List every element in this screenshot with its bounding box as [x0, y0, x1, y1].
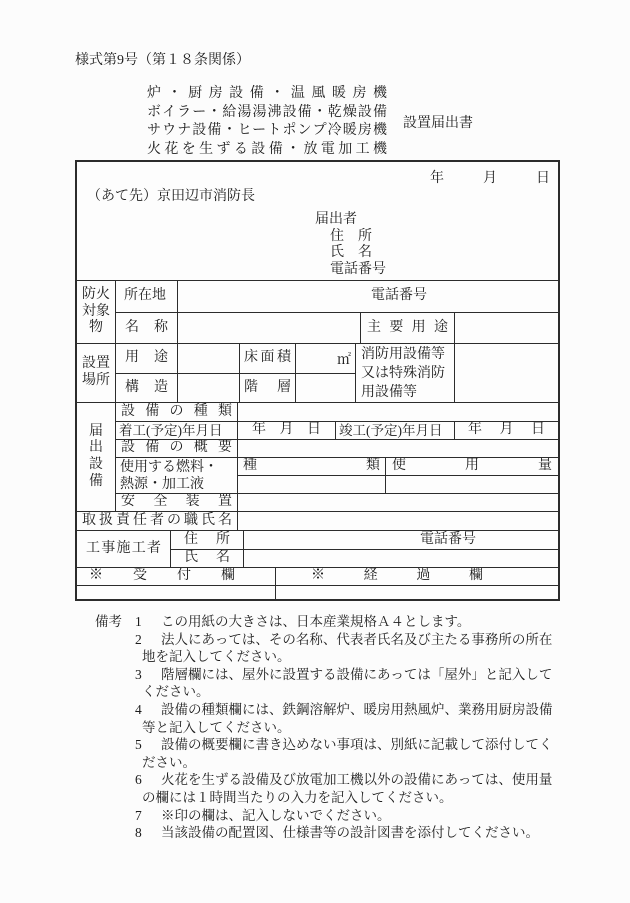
document-title: 設置届出書 — [403, 112, 473, 132]
main-use-label: 主要用途 — [360, 312, 454, 343]
remark-item: 2法人にあっては、その名称、代表者氏名及び主たる事務所の所在地を記入してください… — [135, 631, 555, 666]
remark-text: 階層欄には、屋外に設置する設備にあっては「屋外」と記入してください。 — [142, 667, 552, 700]
fire-equipment-label: 消防用設備等 又は特殊消防 用設備等 — [355, 344, 454, 402]
equipment-type-line: サウナ設備・ヒートポンプ冷暖房機 — [147, 122, 387, 141]
progress-column-label: ※経過欄 — [275, 568, 558, 585]
progress-value-cell — [275, 585, 558, 599]
floor-area-label: 床面積 — [239, 344, 295, 373]
fuel-amount-header: 使 用 量 — [385, 457, 558, 475]
floor-level-value-cell — [295, 373, 355, 402]
safety-device-value-cell — [237, 493, 558, 511]
remark-item: 6火花を生ずる設備及び放電加工機以外の設備にあっては、使用量の欄には１時間当たり… — [135, 771, 555, 806]
reception-column-label: ※受付欄 — [77, 568, 275, 585]
contractor-section: 工事施工者 住所 電話番号 氏名 — [77, 530, 558, 567]
fire-object-location-value-cell: 電話番号 — [177, 281, 558, 312]
completion-date-label: 竣工(予定)年月日 — [335, 421, 454, 439]
equipment-group-label: 届 出 設 備 — [77, 403, 115, 511]
remark-number: 2 — [135, 631, 161, 649]
remark-item: 8当該設備の配置図、仕様書等の設計図書を添付してください。 — [135, 824, 555, 842]
structure-label: 構造 — [115, 373, 177, 402]
fire-object-name-value-cell — [177, 312, 360, 343]
remark-number: 5 — [135, 736, 161, 754]
applicant-label: 届出者 — [315, 212, 386, 229]
remark-text: 設備の概要欄に書き込めない事項は、別紙に記載して添付してください。 — [142, 737, 553, 770]
equipment-type-line: 火花を生ずる設備・放電加工機 — [147, 141, 387, 160]
reception-value-cell — [77, 585, 275, 599]
office-use-section: ※受付欄 ※経過欄 — [77, 567, 558, 599]
remark-number: 8 — [135, 824, 161, 842]
addressee: （あて先）京田辺市消防長 — [87, 185, 255, 205]
remark-text: この用紙の大きさは、日本産業規格Ａ４とします。 — [161, 614, 470, 629]
remark-text: ※印の欄は、記入しないでください。 — [161, 808, 391, 823]
equipment-type-list: 炉・厨房設備・温風暖房機 ボイラー・給湯湯沸設備・乾燥設備 サウナ設備・ヒートポ… — [147, 85, 387, 159]
fire-equipment-value-cell — [454, 344, 558, 402]
fire-object-section: 防火 対象 物 所在地 電話番号 名称 主要用途 — [77, 280, 558, 343]
fuel-type-value-cell — [237, 475, 385, 493]
safety-device-label: 安全装置 — [115, 493, 237, 511]
notified-equipment-section: 届 出 設 備 設備の種類 着工(予定)年月日 年 月 日 竣工(予定)年月日 … — [77, 402, 558, 511]
remarks-label: 備考 — [95, 613, 135, 842]
fire-object-name-label: 名称 — [115, 312, 177, 343]
contractor-label: 工事施工者 — [77, 531, 170, 567]
contractor-address-value-cell: 電話番号 — [243, 531, 558, 549]
remark-number: 3 — [135, 666, 161, 684]
site-group-label: 設置 場所 — [77, 344, 115, 402]
site-use-label: 用途 — [115, 344, 177, 373]
remark-text: 火花を生ずる設備及び放電加工機以外の設備にあっては、使用量の欄には１時間当たりの… — [142, 772, 552, 805]
applicant-address-label: 住 所 — [330, 229, 386, 246]
date-line: 年 月 日 — [430, 167, 550, 187]
contractor-name-value-cell — [243, 549, 558, 567]
applicant-phone-label: 電話番号 — [330, 262, 386, 279]
remark-text: 当該設備の配置図、仕様書等の設計図書を添付してください。 — [161, 825, 539, 840]
equipment-type-value-cell — [237, 403, 558, 421]
fuel-label: 使用する燃料・ 熱源・加工液 — [115, 457, 237, 493]
equipment-outline-value-cell — [237, 439, 558, 457]
remarks-block: 備考 1この用紙の大きさは、日本産業規格Ａ４とします。 2法人にあっては、その名… — [95, 613, 630, 842]
form-header: 炉・厨房設備・温風暖房機 ボイラー・給湯湯沸設備・乾燥設備 サウナ設備・ヒートポ… — [147, 85, 630, 159]
remark-number: 6 — [135, 771, 161, 789]
fuel-amount-value-cell — [385, 475, 558, 493]
floor-area-value-cell: ㎡ — [295, 344, 355, 373]
main-form-table: 年 月 日 （あて先）京田辺市消防長 届出者 住 所 氏 名 電話番号 防火 対… — [75, 160, 560, 601]
form-page: 様式第9号（第１８条関係） 炉・厨房設備・温風暖房機 ボイラー・給湯湯沸設備・乾… — [0, 0, 630, 903]
form-code: 様式第9号（第１８条関係） — [75, 49, 630, 69]
applicant-block: 届出者 住 所 氏 名 電話番号 — [315, 212, 386, 278]
structure-value-cell — [177, 373, 239, 402]
main-use-value-cell — [454, 312, 558, 343]
fire-object-location-label: 所在地 — [115, 281, 177, 312]
installation-site-section: 設置 場所 用途 床面積 ㎡ 消防用設備等 又は特殊消防 用設備等 構造 階層 — [77, 343, 558, 402]
remarks-items: 1この用紙の大きさは、日本産業規格Ａ４とします。 2法人にあっては、その名称、代… — [135, 613, 555, 842]
remark-text: 法人にあっては、その名称、代表者氏名及び主たる事務所の所在地を記入してください。 — [142, 632, 552, 665]
square-meter-unit: ㎡ — [337, 349, 351, 369]
remark-item: 3階層欄には、屋外に設置する設備にあっては「屋外」と記入してください。 — [135, 666, 555, 701]
completion-date-value-cell: 年 月 日 — [454, 421, 558, 439]
remark-item: 4設備の種類欄には、鉄鋼溶解炉、暖房用熱風炉、業務用厨房設備等と記入してください… — [135, 701, 555, 736]
remark-number: 4 — [135, 701, 161, 719]
fire-object-group-label: 防火 対象 物 — [77, 281, 115, 343]
site-use-value-cell — [177, 344, 239, 373]
fire-object-phone-label: 電話番号 — [371, 288, 558, 305]
start-date-value-cell: 年 月 日 — [237, 421, 335, 439]
equipment-type-line: 炉・厨房設備・温風暖房機 — [147, 85, 387, 104]
contractor-name-label: 氏名 — [170, 549, 243, 567]
equipment-outline-label: 設備の概要 — [115, 439, 237, 457]
remark-number: 7 — [135, 807, 161, 825]
contractor-phone-label: 電話番号 — [420, 532, 558, 549]
contractor-address-label: 住所 — [170, 531, 243, 549]
header-box: 年 月 日 （あて先）京田辺市消防長 届出者 住 所 氏 名 電話番号 — [77, 162, 558, 280]
equipment-type-label: 設備の種類 — [115, 403, 237, 421]
handler-row: 取扱責任者の職氏名 — [77, 511, 558, 530]
remark-item: 7※印の欄は、記入しないでください。 — [135, 807, 555, 825]
applicant-name-label: 氏 名 — [330, 245, 386, 262]
remark-text: 設備の種類欄には、鉄鋼溶解炉、暖房用熱風炉、業務用厨房設備等と記入してください。 — [142, 702, 553, 735]
fuel-type-header: 種 類 — [237, 457, 385, 475]
start-date-label: 着工(予定)年月日 — [115, 421, 237, 439]
handler-value-cell — [237, 512, 558, 530]
handler-label: 取扱責任者の職氏名 — [77, 512, 237, 530]
equipment-type-line: ボイラー・給湯湯沸設備・乾燥設備 — [147, 104, 387, 123]
remark-number: 1 — [135, 613, 161, 631]
floor-level-label: 階層 — [239, 373, 295, 402]
remark-item: 1この用紙の大きさは、日本産業規格Ａ４とします。 — [135, 613, 555, 631]
remark-item: 5設備の概要欄に書き込めない事項は、別紙に記載して添付してください。 — [135, 736, 555, 771]
